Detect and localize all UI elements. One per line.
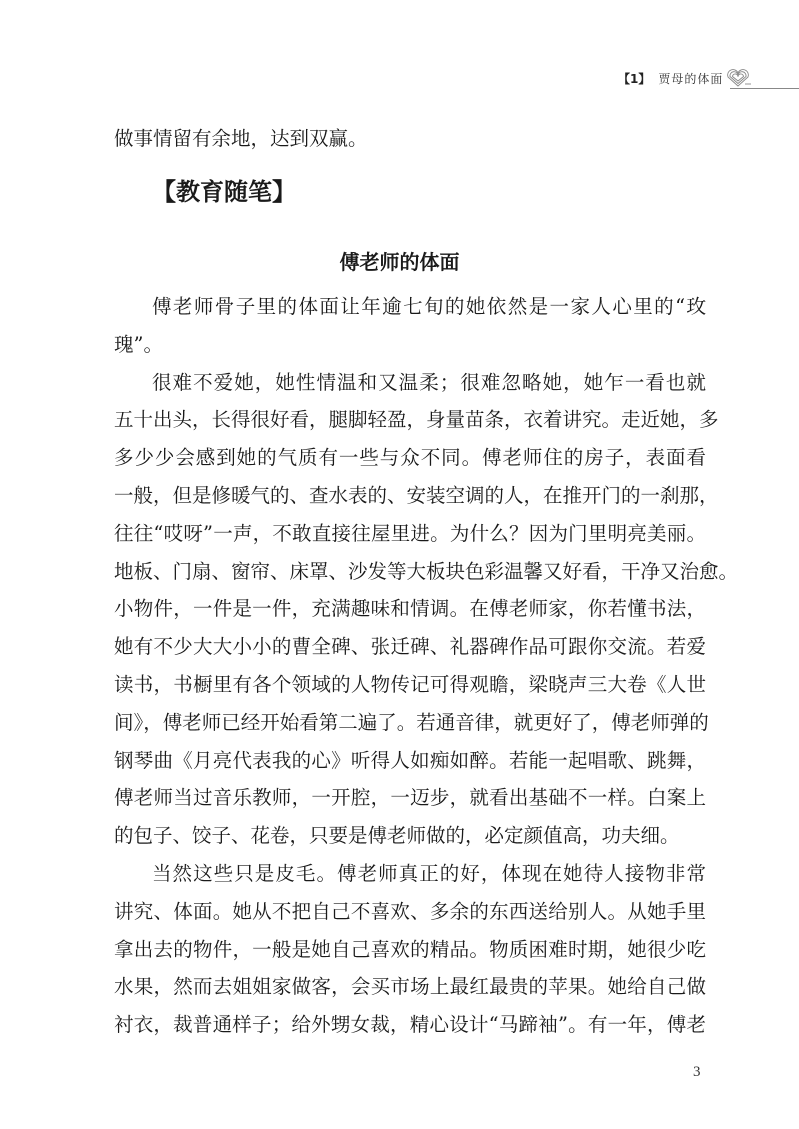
paragraph-line: 瑰”。 [114, 330, 706, 360]
header-rule [730, 88, 799, 89]
paragraph-line: 的包子、饺子、花卷，只要是傅老师做的，必定颜值高，功夫细。 [114, 821, 706, 851]
paragraph-line: 她有不少大大小小的曹全碑、张迁碑、礼器碑作品可跟你交流。若爱 [114, 632, 706, 662]
running-header: 【1】 贾母的体面 [618, 66, 751, 90]
paragraph-line: 往往“哎呀”一声，不敢直接往屋里进。为什么？因为门里明亮美丽。 [114, 519, 706, 549]
page-number: 3 [693, 1064, 701, 1081]
paragraph-line: 读书，书橱里有各个领域的人物传记可得观瞻，梁晓声三大卷《人世 [114, 670, 706, 700]
paragraph-line: 傅老师当过音乐教师，一开腔，一迈步，就看出基础不一样。白案上 [114, 783, 706, 813]
heart-knot-icon [725, 68, 751, 88]
section-heading: 【教育随笔】 [152, 172, 296, 207]
paragraph-line: 地板、门扇、窗帘、床罩、沙发等大板块色彩温馨又好看，干净又治愈。 [114, 557, 706, 587]
chapter-number: 【1】 [618, 70, 650, 87]
paragraph-line: 多少少会感到她的气质有一些与众不同。傅老师住的房子，表面看 [114, 443, 706, 473]
paragraph-line: 拿出去的物件，一般是她自己喜欢的精品。物质困难时期，她很少吃 [114, 935, 706, 965]
paragraph-line: 傅老师骨子里的体面让年逾七旬的她依然是一家人心里的“玫 [152, 292, 706, 322]
paragraph-line: 一般，但是修暖气的、查水表的、安装空调的人，在推开门的一刹那， [114, 481, 706, 511]
paragraph-line: 间》，傅老师已经开始看第二遍了。若通音律，就更好了，傅老师弹的 [114, 708, 706, 738]
paragraph-line: 五十出头，长得很好看，腿脚轻盈，身量苗条，衣着讲究。走近她，多 [114, 405, 706, 435]
paragraph-line: 钢琴曲《月亮代表我的心》听得人如痴如醉。若能一起唱歌、跳舞， [114, 746, 706, 776]
paragraph-line: 讲究、体面。她从不把自己不喜欢、多余的东西送给别人。从她手里 [114, 897, 706, 927]
intro-line: 做事情留有余地，达到双赢。 [114, 124, 706, 154]
paragraph-line: 当然这些只是皮毛。傅老师真正的好，体现在她待人接物非常 [152, 859, 706, 889]
chapter-title: 贾母的体面 [658, 70, 723, 87]
paragraph-line: 小物件，一件是一件，充满趣味和情调。在傅老师家，你若懂书法， [114, 594, 706, 624]
essay-title: 傅老师的体面 [0, 246, 799, 275]
paragraph-line: 很难不爱她，她性情温和又温柔；很难忽略她，她乍一看也就 [152, 368, 706, 398]
paragraph-line: 衬衣，裁普通样子；给外甥女裁，精心设计“马蹄袖”。有一年，傅老 [114, 1010, 706, 1040]
paragraph-line: 水果，然而去姐姐家做客，会买市场上最红最贵的苹果。她给自己做 [114, 972, 706, 1002]
